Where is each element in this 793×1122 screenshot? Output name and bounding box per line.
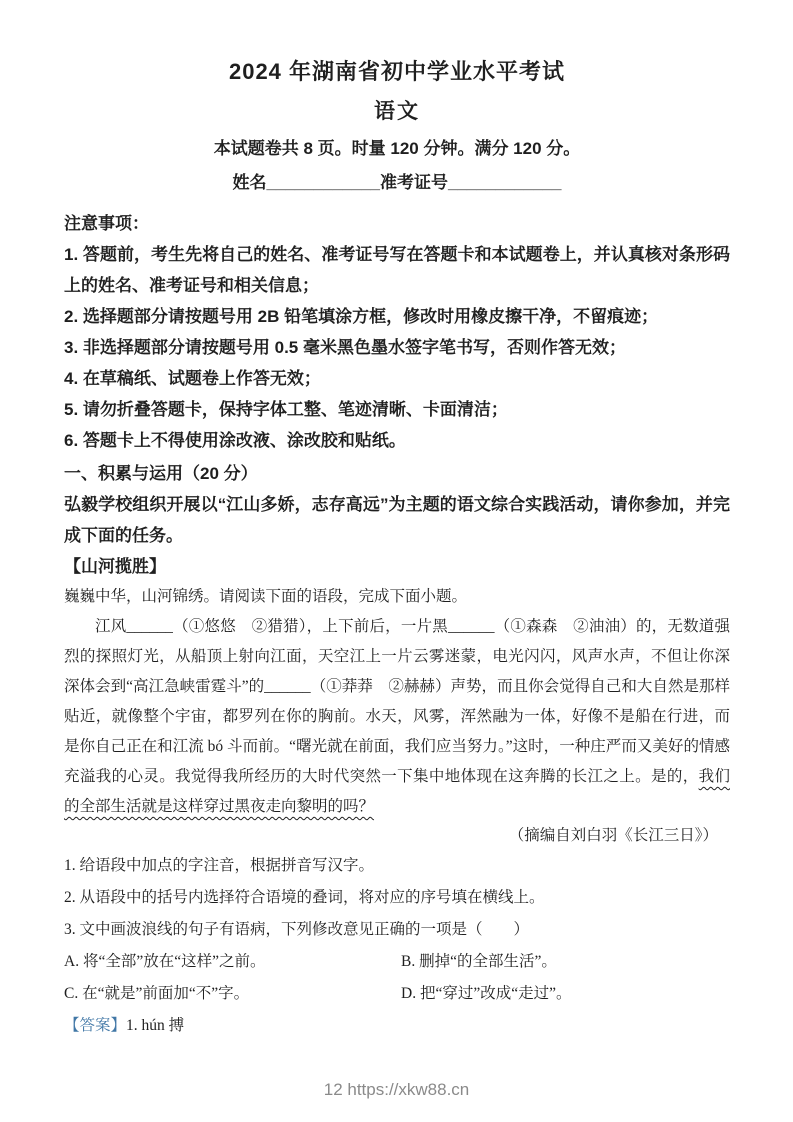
answer-text: 1. hún 搏 xyxy=(126,1017,184,1034)
name-blank: ____________ xyxy=(267,173,380,192)
exam-paper-page: 2024 年湖南省初中学业水平考试 语文 本试题卷共 8 页。时量 120 分钟… xyxy=(0,0,793,1122)
section-tag: 【山河揽胜】 xyxy=(64,551,730,582)
notice-item-1: 1. 答题前，考生先将自己的姓名、准考证号写在答题卡和本试题卷上，并认真核对条形… xyxy=(64,239,730,301)
reading-passage: 江风______（①悠悠 ②猎猎），上下前后，一片黑______（①森森 ②油油… xyxy=(64,612,730,822)
notice-heading: 注意事项： xyxy=(64,208,730,239)
notice-item-2: 2. 选择题部分请按题号用 2B 铅笔填涂方框，修改时用橡皮擦干净，不留痕迹； xyxy=(64,301,730,332)
dotted-character: 浑 xyxy=(461,708,477,725)
question-1: 1. 给语段中加点的字注音，根据拼音写汉字。 xyxy=(64,850,730,882)
exam-info-line: 本试题卷共 8 页。时量 120 分钟。满分 120 分。 xyxy=(64,136,730,162)
question-3: 3. 文中画波浪线的句子有语病，下列修改意见正确的一项是（ ） xyxy=(64,914,730,946)
option-b: B. 删掉“的全部生活”。 xyxy=(401,946,730,978)
page-number-and-url: 12 https://xkw88.cn xyxy=(324,1080,470,1099)
answer-line: 【答案】1. hún 搏 xyxy=(64,1010,730,1042)
question-2: 2. 从语段中的括号内选择符合语境的叠词，将对应的序号填在横线上。 xyxy=(64,882,730,914)
answer-label: 【答案】 xyxy=(64,1017,126,1034)
exam-subject: 语文 xyxy=(64,98,730,126)
section-title: 一、积累与运用（20 分） xyxy=(64,458,730,489)
exam-title: 2024 年湖南省初中学业水平考试 xyxy=(64,58,730,86)
notice-item-6: 6. 答题卡上不得使用涂改液、涂改胶和贴纸。 xyxy=(64,425,730,456)
passage-lead: 巍巍中华，山河锦绣。请阅读下面的语段，完成下面小题。 xyxy=(64,582,730,612)
id-label: 准考证号 xyxy=(380,173,448,192)
notice-item-5: 5. 请勿折叠答题卡，保持字体工整、笔迹清晰、卡面清洁； xyxy=(64,394,730,425)
notice-item-4: 4. 在草稿纸、试题卷上作答无效； xyxy=(64,363,730,394)
section-intro: 弘毅学校组织开展以“江山多娇，志存高远”为主题的语文综合实践活动，请你参加，并完… xyxy=(64,489,730,551)
passage-attribution: （摘编自刘白羽《长江三日》） xyxy=(64,822,730,850)
page-footer: 12 https://xkw88.cn xyxy=(0,1080,793,1100)
option-d: D. 把“穿过”改成“走过”。 xyxy=(401,978,730,1010)
id-blank: ____________ xyxy=(448,173,561,192)
option-a: A. 将“全部”放在“这样”之前。 xyxy=(64,946,401,978)
question-3-options: A. 将“全部”放在“这样”之前。 B. 删掉“的全部生活”。 C. 在“就是”… xyxy=(64,946,730,1010)
name-id-line: 姓名____________准考证号____________ xyxy=(64,170,730,196)
notice-item-3: 3. 非选择题部分请按题号用 0.5 毫米黑色墨水签字笔书写，否则作答无效； xyxy=(64,332,730,363)
name-label: 姓名 xyxy=(233,173,267,192)
notice-block: 注意事项： 1. 答题前，考生先将自己的姓名、准考证号写在答题卡和本试题卷上，并… xyxy=(64,208,730,456)
option-c: C. 在“就是”前面加“不”字。 xyxy=(64,978,401,1010)
